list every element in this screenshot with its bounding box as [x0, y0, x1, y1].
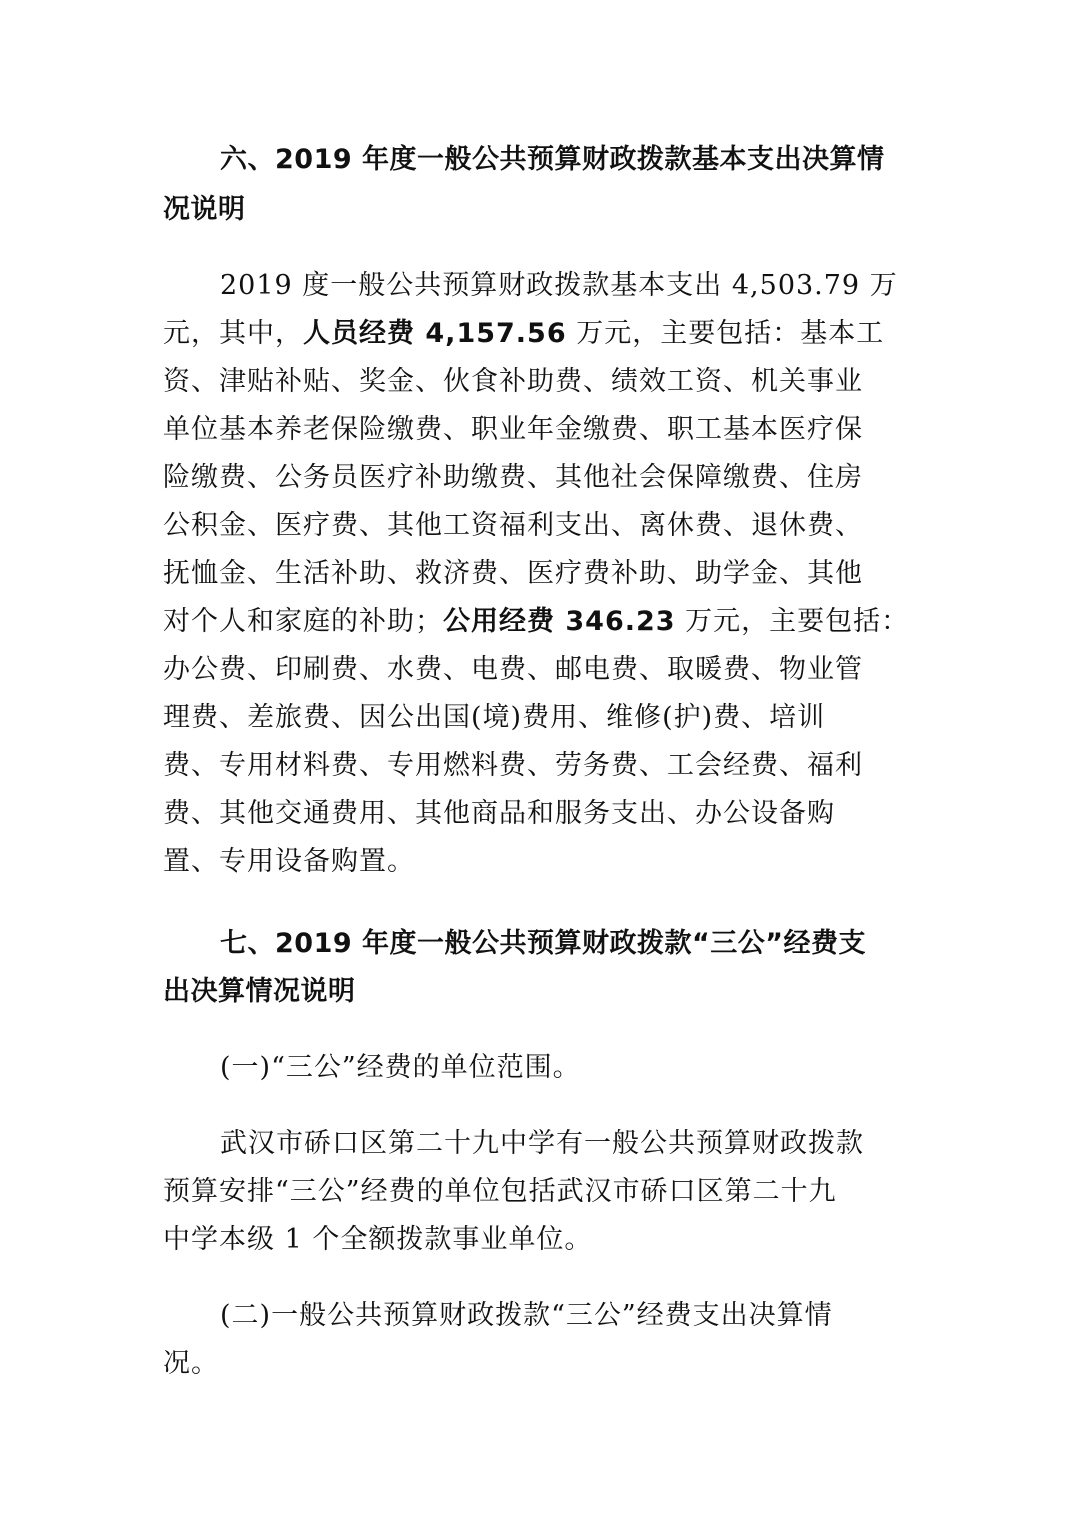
paragraph-text: 元，其中，: [163, 318, 303, 349]
section-6-heading-line-1: 六、2019 年度一般公共预算财政拨款基本支出决算情: [220, 142, 885, 178]
section-6-paragraph-line-6: 公积金、医疗费、其他工资福利支出、离休费、退休费、: [163, 508, 863, 544]
section-6-paragraph-line-13: 置、专用设备购置。: [163, 844, 415, 880]
public-expenses-emphasis: 公用经费 346.23: [443, 606, 676, 637]
subsection-2-title-line-1: (二)一般公共预算财政拨款“三公”经费支出决算情: [220, 1298, 833, 1334]
section-7-heading-line-1: 七、2019 年度一般公共预算财政拨款“三公”经费支: [220, 926, 866, 962]
subsection-1-paragraph-line-2: 预算安排“三公”经费的单位包括武汉市硚口区第二十九: [163, 1174, 837, 1210]
section-6-paragraph-line-5: 险缴费、公务员医疗补助缴费、其他社会保障缴费、住房: [163, 460, 863, 496]
personnel-expenses-emphasis: 人员经费 4,157.56: [303, 318, 567, 349]
section-6-paragraph-line-9: 办公费、印刷费、水费、电费、邮电费、取暖费、物业管: [163, 652, 863, 688]
document-page: 六、2019 年度一般公共预算财政拨款基本支出决算情 况说明 2019 度一般公…: [0, 0, 1075, 1520]
section-6-paragraph-line-10: 理费、差旅费、因公出国(境)费用、维修(护)费、培训: [163, 700, 825, 736]
subsection-1-title: (一)“三公”经费的单位范围。: [220, 1050, 581, 1086]
section-6-paragraph-line-7: 抚恤金、生活补助、救济费、医疗费补助、助学金、其他: [163, 556, 863, 592]
paragraph-text: 对个人和家庭的补助；: [163, 606, 443, 637]
subsection-1-paragraph-line-1: 武汉市硚口区第二十九中学有一般公共预算财政拨款: [220, 1126, 864, 1162]
section-6-paragraph-line-3: 资、津贴补贴、奖金、伙食补助费、绩效工资、机关事业: [163, 364, 863, 400]
section-6-paragraph-line-2: 元，其中，人员经费 4,157.56 万元，主要包括：基本工: [163, 316, 884, 352]
section-6-paragraph-line-11: 费、专用材料费、专用燃料费、劳务费、工会经费、福利: [163, 748, 863, 784]
section-6-paragraph-line-1: 2019 度一般公共预算财政拨款基本支出 4,503.79 万: [220, 268, 898, 304]
subsection-2-title-line-2: 况。: [163, 1346, 219, 1382]
paragraph-text: 万元，主要包括：: [676, 606, 910, 637]
section-6-paragraph-line-12: 费、其他交通费用、其他商品和服务支出、办公设备购: [163, 796, 835, 832]
section-7-heading-line-2: 出决算情况说明: [163, 974, 356, 1010]
section-6-heading-line-2: 况说明: [163, 192, 246, 228]
section-6-paragraph-line-8: 对个人和家庭的补助；公用经费 346.23 万元，主要包括：: [163, 604, 909, 640]
section-6-paragraph-line-4: 单位基本养老保险缴费、职业年金缴费、职工基本医疗保: [163, 412, 863, 448]
paragraph-text: 万元，主要包括：基本工: [567, 318, 885, 349]
subsection-1-paragraph-line-3: 中学本级 1 个全额拨款事业单位。: [163, 1222, 592, 1258]
